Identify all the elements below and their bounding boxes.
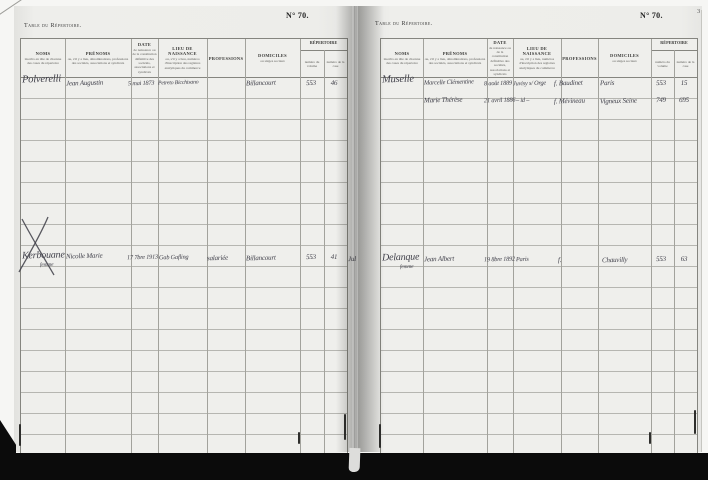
entry-name: Kerbouane <box>22 249 65 261</box>
entry-profession: f. Mévineau <box>554 97 585 106</box>
ink-mark <box>694 410 696 434</box>
column-header-date: DATE de naissance ou de la constitution … <box>131 39 158 77</box>
corner-page-number: 3 <box>697 8 700 15</box>
page-right-edge-line <box>701 10 702 452</box>
column-header-noms: NOMS inscrits en tête de chacune des cas… <box>381 39 423 77</box>
entry-case: 15 <box>681 79 688 87</box>
column-header-date: DATE de naissance ou de la constitution … <box>487 39 513 77</box>
entry-prenoms: Nicolle Marie <box>66 252 103 261</box>
ink-mark <box>19 424 21 446</box>
table-header-right: NOMS inscrits en tête de chacune des cas… <box>381 39 697 78</box>
entry-volume: 553 <box>656 79 666 87</box>
column-header-prenoms: PRÉNOMS ou, s'il y a lieu, dénominations… <box>423 39 487 77</box>
ink-mark <box>298 432 300 444</box>
entry-name-note: femme <box>400 264 414 270</box>
column-header-professions: PROFESSIONS <box>561 39 598 77</box>
table-header-left: NOMS inscrits en tête de chacune des cas… <box>21 39 347 78</box>
page-heading-left: Table du Répertoire. <box>24 23 82 29</box>
page-number-label-right: N° 70. <box>640 11 663 20</box>
column-header-rep-volume: numéro du volume <box>651 51 674 77</box>
entry-name: Polverelli <box>22 73 61 85</box>
entry-domicile: Vigneux Seine <box>600 97 637 106</box>
entry-volume: 553 <box>306 79 316 87</box>
entry-domicile: Billancourt <box>246 79 276 88</box>
entry-date: 21 avril 1886 <box>484 97 516 105</box>
entry-name: Muselle <box>382 74 414 86</box>
entry-birthplace: Juvisy s/ Orge <box>513 80 546 88</box>
table-body-right <box>381 78 697 453</box>
entry-birthplace: Gab Gafling <box>159 254 189 262</box>
entry-volume: 749 <box>656 96 666 104</box>
entry-profession: f. Baudinet <box>554 79 583 88</box>
column-header-rep-volume: numéro du volume <box>300 51 324 77</box>
entry-profession: salariée <box>207 254 228 263</box>
book-spread: Table du Répertoire. N° 70. NOMS inscrit… <box>0 0 708 480</box>
page-number-label-left: N° 70. <box>286 11 309 20</box>
gutter-shadow-right <box>358 6 384 452</box>
entry-domicile: Paris <box>600 79 614 87</box>
gutter-page-corner <box>349 448 361 472</box>
register-table-left: NOMS inscrits en tête de chacune des cas… <box>20 38 348 454</box>
entry-name-note: femme <box>40 262 54 268</box>
entry-domicile: Chauvilly <box>602 256 628 265</box>
gutter-shadow-left <box>336 6 354 452</box>
column-header-noms: NOMS inscrits en tête de chacune des cas… <box>21 39 65 77</box>
entry-prenoms: Jean Albert <box>424 255 454 264</box>
entry-case: 695 <box>679 96 689 104</box>
entry-prenoms: Marie Thérèse <box>424 95 463 104</box>
column-header-domiciles: DOMICILES ou sièges sociaux <box>245 39 300 77</box>
entry-prenoms: Jean Augustin <box>66 79 103 88</box>
column-header-lieu: LIEU DE NAISSANCE ou, s'il y a lieu, num… <box>513 39 561 77</box>
cross-out-mark <box>16 216 58 278</box>
entry-profession: f. <box>558 256 562 264</box>
entry-volume: 553 <box>306 253 316 261</box>
ledger-page-left: Table du Répertoire. N° 70. NOMS inscrit… <box>14 6 352 452</box>
entry-case: 63 <box>681 255 688 263</box>
entry-name: Delanque <box>382 252 420 264</box>
table-body-left <box>21 78 347 453</box>
entry-date: 8 août 1889 <box>484 80 512 88</box>
entry-date: 5 mai 1873 <box>128 80 155 88</box>
entry-birthplace: – id – <box>516 97 529 104</box>
column-header-professions: PROFESSIONS <box>207 39 245 77</box>
entry-date: 17 7bre 1913 <box>127 254 158 262</box>
column-header-lieu: LIEU DE NAISSANCE ou, s'il y a lieu, num… <box>158 39 207 77</box>
ink-mark <box>649 432 651 444</box>
column-header-prenoms: PRÉNOMS ou, s'il y a lieu, dénominations… <box>65 39 131 77</box>
entry-birthplace: Petreto Bicchisano <box>158 79 199 86</box>
entry-volume: 553 <box>656 255 666 263</box>
entry-prenoms: Marcelle Clémentine <box>424 78 474 86</box>
entry-date: 19 8bre 1892 <box>484 256 515 264</box>
column-header-repertoire: RÉPERTOIRE <box>651 40 697 45</box>
entry-domicile: Billancourt <box>246 254 276 263</box>
ledger-page-right: Table du Répertoire. N° 70. 3 NOMS inscr… <box>356 6 702 452</box>
entry-birthplace: Paris <box>516 256 529 263</box>
column-header-rep-case: numéro de la case <box>674 51 697 77</box>
column-header-domiciles: DOMICILES ou sièges sociaux <box>598 39 651 77</box>
